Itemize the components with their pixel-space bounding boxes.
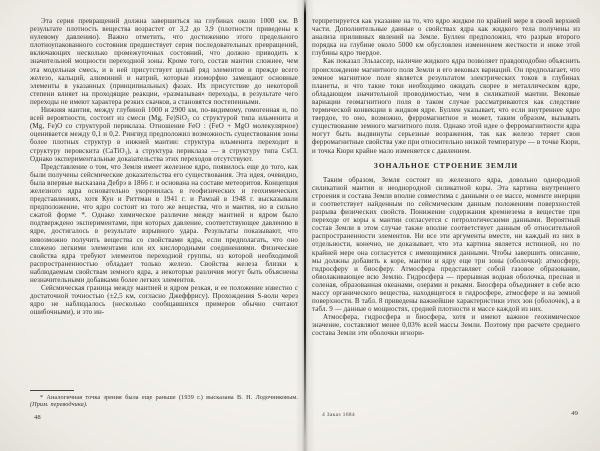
section-heading: ЗОНАЛЬНОЕ СТРОЕНИЕ ЗЕМЛИ xyxy=(312,162,580,170)
footnote-main: * Аналогичная точка зрения была еще рань… xyxy=(40,394,298,401)
paragraph: Атмосфера, гидросфера и биосфера, хотя и… xyxy=(312,313,580,337)
left-page: Эта серия превращений должна завершиться… xyxy=(30,17,298,421)
paragraph: Эта серия превращений должна завершиться… xyxy=(30,17,298,106)
page-number-right: 49 xyxy=(571,410,578,418)
footnote-text: * Аналогичная точка зрения была еще рань… xyxy=(30,394,298,408)
paragraph: Как показал Эльзассер, наличие жидкого я… xyxy=(312,57,580,154)
footnote-rule xyxy=(30,390,74,391)
paragraph: Представление о том, что Земля имеет жел… xyxy=(30,163,298,284)
paragraph: Сейсмическая граница между мантией и ядр… xyxy=(30,284,298,316)
right-page: терпретируется как указание на то, что я… xyxy=(312,17,580,421)
footnote: * Аналогичная точка зрения была еще рань… xyxy=(30,390,298,408)
paragraph: Таким образом, Земля состоит из железног… xyxy=(312,176,580,314)
paragraph: терпретируется как указание на то, что я… xyxy=(312,17,580,57)
footnote-attribution: (Прим. переводчика). xyxy=(30,401,88,408)
book-spread-scan: Эта серия превращений должна завершиться… xyxy=(0,0,600,451)
page-number-left: 48 xyxy=(34,414,41,422)
printer-mark: 4 Заказ 1684 xyxy=(322,411,355,419)
paragraph: Нижняя мантия, между глубиной 1000 и 290… xyxy=(30,106,298,163)
gutter-line xyxy=(304,0,306,440)
